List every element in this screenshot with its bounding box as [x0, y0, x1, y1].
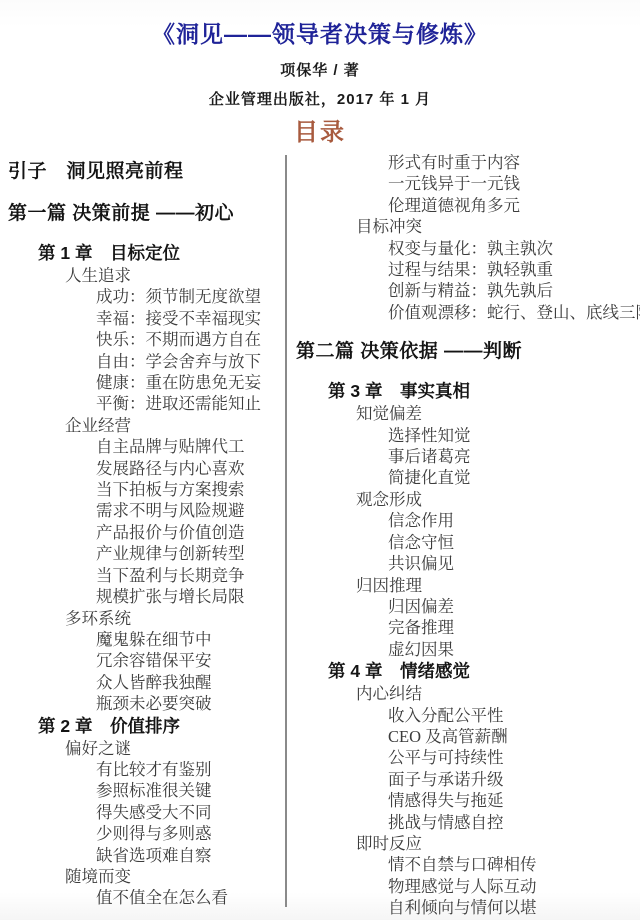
toc-entry-item: 创新与精益：孰先孰后 [296, 280, 640, 301]
toc-entry-item: 简捷化直觉 [296, 467, 640, 488]
toc-entry-item: 价值观漂移：蛇行、登山、底线三隐喻 [296, 302, 640, 323]
toc-entry-part: 第二篇 决策依据 ——判断 [296, 338, 640, 365]
toc-entry-item: 公平与可持续性 [296, 747, 640, 768]
toc-entry-item: 参照标准很关键 [8, 780, 284, 801]
toc-entry-section: 人生追求 [8, 265, 284, 286]
toc-entry-item: 挑战与情感自控 [296, 812, 640, 833]
toc-entry-item: 少则得与多则惑 [8, 823, 284, 844]
toc-entry-item: 冗余容错保平安 [8, 650, 284, 671]
toc-entry-item: 完备推理 [296, 617, 640, 638]
toc-entry-item: 情不自禁与口碑相传 [296, 854, 640, 875]
toc-entry-item: 需求不明与风险规避 [8, 500, 284, 521]
toc-entry-chapter: 第 3 章 事实真相 [296, 380, 640, 403]
toc-entry-chapter: 第 4 章 情绪感觉 [296, 660, 640, 683]
toc-entry-section: 企业经营 [8, 415, 284, 436]
toc-entry-section: 偏好之谜 [8, 738, 284, 759]
toc-column-right: 形式有时重于内容一元钱异于一元钱伦理道德视角多元目标冲突权变与量化：孰主孰次过程… [296, 152, 640, 919]
toc-entry-item: 幸福：接受不幸福现实 [8, 308, 284, 329]
toc-entry-item: 成功：须节制无度欲望 [8, 286, 284, 307]
publisher-line: 企业管理出版社，2017 年 1 月 [0, 88, 640, 109]
toc-entry-item: 形式有时重于内容 [296, 152, 640, 173]
toc-entry-section: 归因推理 [296, 575, 640, 596]
toc-entry-part: 引子 洞见照亮前程 [8, 158, 284, 185]
toc-entry-chapter: 第 2 章 价值排序 [8, 715, 284, 738]
toc-entry-item: 共识偏见 [296, 553, 640, 574]
toc-entry-item: 得失感受大不同 [8, 802, 284, 823]
author-line: 项保华 / 著 [0, 59, 640, 80]
toc-entry-item: 缺省选项难自察 [8, 845, 284, 866]
toc-entry-section: 即时反应 [296, 833, 640, 854]
book-title: 《洞见——领导者决策与修炼》 [0, 16, 640, 49]
toc-entry-section: 随境而变 [8, 866, 284, 887]
toc-entry-item: 自利倾向与情何以堪 [296, 897, 640, 918]
toc-entry-item: 过程与结果：孰轻孰重 [296, 259, 640, 280]
toc-entry-section: 多环系统 [8, 608, 284, 629]
toc-entry-chapter: 第 1 章 目标定位 [8, 242, 284, 265]
toc-entry-item: 产业规律与创新转型 [8, 543, 284, 564]
toc-entry-item: 事后诸葛亮 [296, 446, 640, 467]
toc-entry-item: 伦理道德视角多元 [296, 195, 640, 216]
toc-entry-item: 一元钱异于一元钱 [296, 173, 640, 194]
toc-entry-item: 产品报价与价值创造 [8, 522, 284, 543]
toc-entry-item: 快乐：不期而遇方自在 [8, 329, 284, 350]
toc-entry-item: 有比较才有鉴别 [8, 759, 284, 780]
toc-entry-item: 收入分配公平性 [296, 705, 640, 726]
toc-entry-item: 健康：重在防患免无妄 [8, 372, 284, 393]
toc-entry-item: 魔鬼躲在细节中 [8, 629, 284, 650]
toc-entry-item: 虚幻因果 [296, 639, 640, 660]
toc-entry-item: 当下拍板与方案搜索 [8, 479, 284, 500]
column-divider [285, 155, 287, 907]
toc-entry-item: 信念守恒 [296, 532, 640, 553]
toc-entry-item: 选择性知觉 [296, 425, 640, 446]
toc-entry-item: 归因偏差 [296, 596, 640, 617]
toc-entry-item: 自由：学会舍弃与放下 [8, 351, 284, 372]
toc-entry-item: 当下盈利与长期竞争 [8, 565, 284, 586]
toc-heading: 目录 [0, 112, 640, 147]
toc-entry-item: CEO 及高管薪酬 [296, 726, 640, 747]
toc-entry-item: 众人皆醉我独醒 [8, 672, 284, 693]
toc-entry-item: 自主品牌与贴牌代工 [8, 436, 284, 457]
toc-page: 《洞见——领导者决策与修炼》 项保华 / 著 企业管理出版社，2017 年 1 … [0, 0, 640, 920]
toc-entry-item: 规模扩张与增长局限 [8, 586, 284, 607]
toc-column-left: 引子 洞见照亮前程第一篇 决策前提 ——初心第 1 章 目标定位人生追求成功：须… [8, 158, 284, 909]
toc-entry-item: 平衡：进取还需能知止 [8, 393, 284, 414]
toc-entry-item: 权变与量化：孰主孰次 [296, 238, 640, 259]
toc-entry-item: 物理感觉与人际互动 [296, 876, 640, 897]
toc-entry-item: 信念作用 [296, 510, 640, 531]
toc-entry-item: 情感得失与拖延 [296, 790, 640, 811]
toc-entry-item: 面子与承诺升级 [296, 769, 640, 790]
toc-entry-section: 观念形成 [296, 489, 640, 510]
toc-entry-section: 目标冲突 [296, 216, 640, 237]
toc-entry-section: 内心纠结 [296, 683, 640, 704]
toc-entry-item: 瓶颈未必要突破 [8, 693, 284, 714]
toc-entry-item: 发展路径与内心喜欢 [8, 458, 284, 479]
toc-entry-part: 第一篇 决策前提 ——初心 [8, 200, 284, 227]
toc-entry-item: 值不值全在怎么看 [8, 887, 284, 908]
toc-entry-section: 知觉偏差 [296, 403, 640, 424]
